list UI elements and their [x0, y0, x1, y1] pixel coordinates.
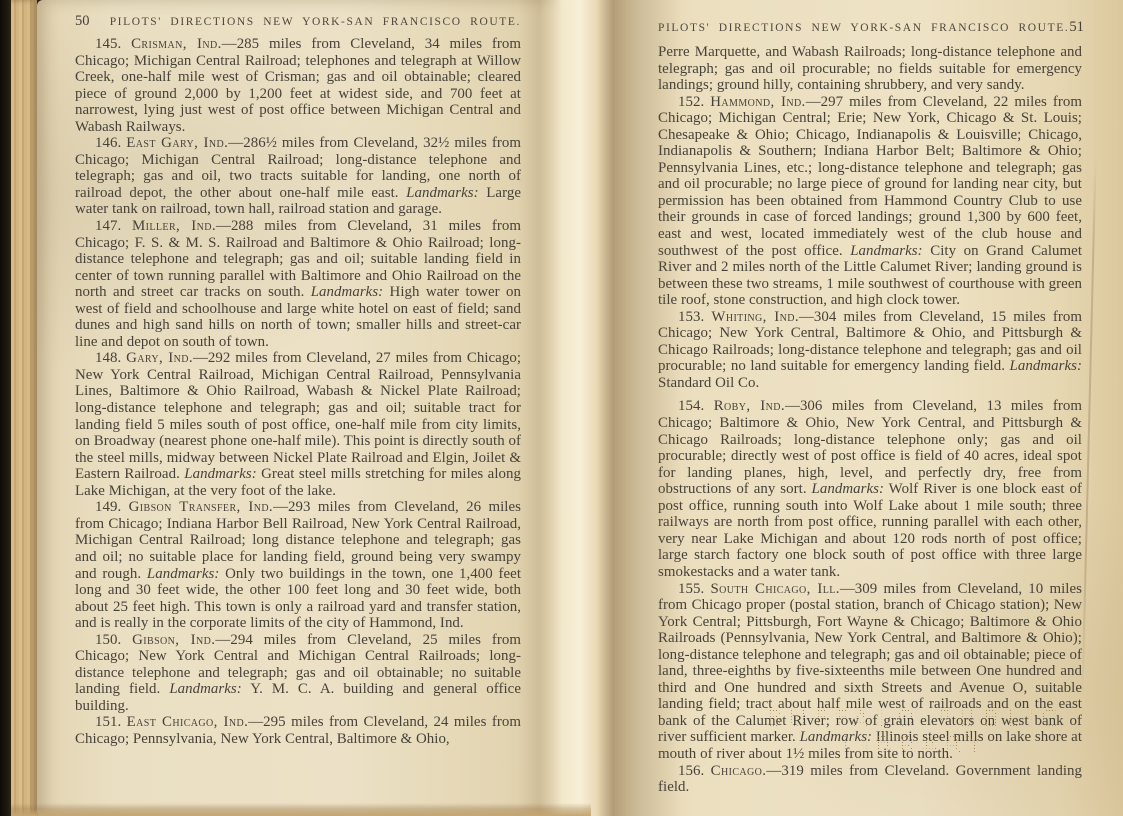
entry-text: Perre Marquette, and Wabash Railroads; l… [658, 44, 1082, 93]
landmarks-label: Landmarks: [800, 729, 872, 745]
entry-number: 145. [95, 36, 131, 52]
entry-number: 148. [95, 350, 126, 366]
town-name: Chicago. [711, 763, 767, 779]
entry-paragraph: 155. South Chicago, Ill.—309 miles from … [658, 581, 1082, 763]
entry-number: 147. [95, 218, 132, 234]
town-name: Gibson Transfer, Ind. [129, 499, 273, 515]
landmarks-label: Landmarks: [184, 466, 256, 482]
page-number-left: 50 [75, 13, 110, 30]
entry-text: —297 miles from Cleveland, 22 miles from… [658, 94, 1082, 259]
running-header-right: PILOTS' DIRECTIONS NEW YORK-SAN FRANCISC… [658, 22, 1069, 34]
landmarks-label: Landmarks: [812, 481, 884, 497]
book-cover-edge [0, 0, 11, 816]
entry-number: 151. [95, 714, 127, 730]
town-name: Gibson, Ind. [132, 632, 215, 648]
entry-paragraph: 146. East Gary, Ind.—286½ miles from Cle… [75, 135, 521, 218]
town-name: East Chicago, Ind. [127, 714, 249, 730]
entry-paragraph: 152. Hammond, Ind.—297 miles from Clevel… [658, 94, 1082, 309]
entry-text: Standard Oil Co. [658, 375, 759, 391]
entry-number: 150. [95, 632, 132, 648]
bottom-page-edge [11, 803, 591, 816]
town-name: Roby, Ind. [714, 398, 785, 414]
page-stack-edge [11, 0, 37, 816]
entry-text: —292 miles from Cleveland, 27 miles from… [75, 350, 521, 482]
entry-paragraph: 151. East Chicago, Ind.—295 miles from C… [75, 714, 521, 747]
landmarks-label: Landmarks: [850, 243, 922, 259]
entry-paragraph: 154. Roby, Ind.—306 miles from Cleveland… [658, 398, 1082, 580]
town-name: Gary, Ind. [126, 350, 193, 366]
left-page: 50 PILOTS' DIRECTIONS NEW YORK-SAN FRANC… [37, 0, 590, 816]
book-scan: 50 PILOTS' DIRECTIONS NEW YORK-SAN FRANC… [0, 0, 1123, 816]
landmarks-label: Landmarks: [169, 681, 241, 697]
running-header-left: PILOTS' DIRECTIONS NEW YORK-SAN FRANCISC… [110, 16, 521, 28]
entry-paragraph: 148. Gary, Ind.—292 miles from Cleveland… [75, 350, 521, 499]
entry-number: 156. [678, 763, 711, 779]
entry-number: 152. [678, 94, 710, 110]
town-name: Crisman, Ind. [131, 36, 222, 52]
town-name: Whiting, Ind. [711, 309, 799, 325]
town-name: Hammond, Ind. [710, 94, 805, 110]
entry-continuation: Perre Marquette, and Wabash Railroads; l… [658, 44, 1082, 94]
landmarks-label: Landmarks: [311, 284, 383, 300]
landmarks-label: Landmarks: [1010, 358, 1082, 374]
entry-paragraph: 149. Gibson Transfer, Ind.—293 miles fro… [75, 499, 521, 631]
entry-number: 149. [95, 499, 129, 515]
entry-paragraph: 147. Miller, Ind.—288 miles from Clevela… [75, 218, 521, 350]
landmarks-label: Landmarks: [147, 566, 219, 582]
entry-paragraph: 153. Whiting, Ind.—304 miles from Clevel… [658, 309, 1082, 392]
entry-text: —309 miles from Cleveland, 10 miles from… [658, 581, 1082, 746]
town-name: South Chicago, Ill. [710, 581, 839, 597]
page-crease [1081, 155, 1096, 700]
landmarks-label: Landmarks: [406, 185, 478, 201]
entry-number: 153. [678, 309, 711, 325]
entry-number: 155. [678, 581, 710, 597]
left-page-text: 145. Crisman, Ind.—285 miles from Clevel… [75, 36, 521, 808]
entry-number: 146. [95, 135, 126, 151]
running-header-row-left: 50 PILOTS' DIRECTIONS NEW YORK-SAN FRANC… [75, 13, 521, 30]
running-header-row-right: PILOTS' DIRECTIONS NEW YORK-SAN FRANCISC… [658, 19, 1082, 36]
entry-number: 154. [678, 398, 714, 414]
right-page-text: Perre Marquette, and Wabash Railroads; l… [658, 44, 1082, 814]
entry-paragraph: 150. Gibson, Ind.—294 miles from Clevela… [75, 632, 521, 715]
right-page: PILOTS' DIRECTIONS NEW YORK-SAN FRANCISC… [590, 0, 1123, 816]
town-name: East Gary, Ind. [126, 135, 228, 151]
entry-paragraph: 156. Chicago.—319 miles from Cleveland. … [658, 763, 1082, 796]
town-name: Miller, Ind. [132, 218, 216, 234]
entry-paragraph: 145. Crisman, Ind.—285 miles from Clevel… [75, 36, 521, 135]
page-number-right: 51 [1069, 19, 1084, 36]
